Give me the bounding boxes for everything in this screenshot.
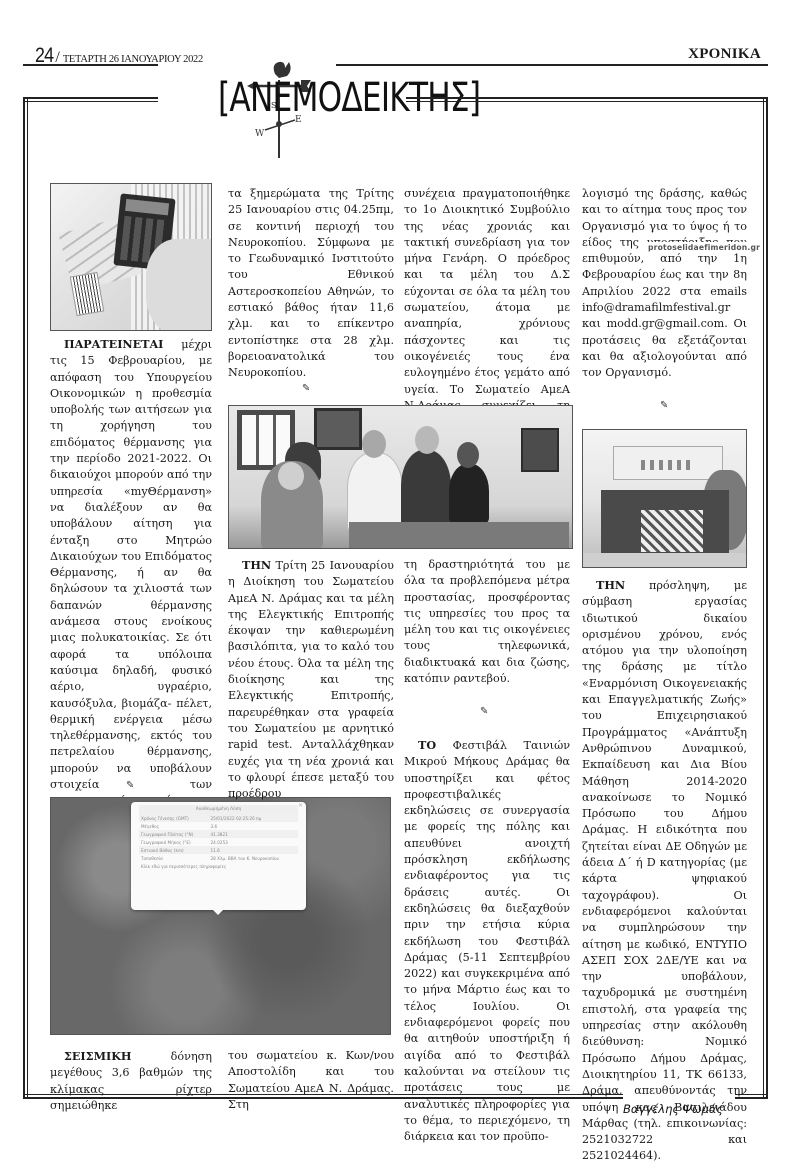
- column-title: [ΑΝΕΜΟΔΕΙΚΤΗΣ]: [218, 75, 480, 121]
- watermark: protoselidaefimeridon.gr: [645, 242, 763, 253]
- article-body: Τρίτη 25 Ιανουαρίου η Διοίκηση του Σωματ…: [228, 559, 394, 800]
- popup-footer-link: Κλίκ εδώ για περισσότερες πληροφορίες: [139, 864, 298, 869]
- popup-title: Αναθεωρημένη Λύση: [139, 805, 298, 814]
- amea-group-photo: [228, 405, 573, 549]
- separator-icon: ✎: [126, 780, 134, 791]
- article-hiring: ΤΗΝ πρόσληψη, με σύμβαση εργασίας ιδιωτι…: [582, 577, 747, 1165]
- article-lead: ΠΑΡΑΤΕΙΝΕΤΑΙ: [64, 337, 163, 351]
- article-amea-cont3: τη δραστηριότητά του με όλα τα προβλεπόμ…: [404, 557, 570, 687]
- article-earthquake-cont: τα ξημερώματα της Τρίτης 25 Ιανουαρίου σ…: [228, 186, 394, 382]
- article-body: Φεστιβάλ Ταινιών Μικρού Μήκους Δράμας θα…: [404, 739, 570, 1143]
- article-body: μέχρι τις 15 Φεβρουαρίου, με απόφαση του…: [50, 338, 212, 807]
- svg-text:W: W: [255, 129, 265, 139]
- article-lead: ΤΟ: [418, 738, 436, 752]
- heating-photo: [50, 183, 212, 331]
- article-festival: ΤΟ Φεστιβάλ Ταινιών Μικρού Μήκους Δράμας…: [404, 737, 570, 1145]
- article-amea: ΤΗΝ Τρίτη 25 Ιανουαρίου η Διοίκηση του Σ…: [228, 557, 394, 802]
- earthquake-map-screenshot: × Αναθεωρημένη Λύση Χρόνος Γένεσης (GMT)…: [50, 797, 391, 1035]
- popup-table: Χρόνος Γένεσης (GMT)25/01/2022 02:25:26 …: [139, 814, 298, 862]
- building-photo: [582, 429, 747, 568]
- close-icon: ×: [298, 802, 303, 809]
- separator-icon: ✎: [302, 383, 310, 394]
- article-lead: ΣΕΙΣΜΙΚΗ: [64, 1049, 132, 1063]
- article-heating: ΠΑΡΑΤΕΙΝΕΤΑΙ μέχρι τις 15 Φεβρουαρίου, μ…: [50, 336, 212, 810]
- separator-icon: ✎: [660, 400, 668, 411]
- article-amea-cont1: του σωματείου κ. Κων/νου Αποστολίδη και …: [228, 1048, 394, 1113]
- section-name: ΧΡΟΝΙΚΑ: [688, 46, 761, 63]
- header-rule-left: [23, 64, 158, 66]
- article-lead: ΤΗΝ: [596, 578, 625, 592]
- header-rule-right: [336, 64, 768, 66]
- article-earthquake-start: ΣΕΙΣΜΙΚΗ δόνηση μεγέθους 3,6 βαθμών της …: [50, 1048, 212, 1114]
- separator-icon: ✎: [480, 706, 488, 717]
- article-festival-cont: λογισμό της δράσης, καθώς και το αίτημα …: [582, 186, 747, 382]
- article-amea-cont2: συνέχεια πραγματοποιήθηκε το 1ο Διοικητι…: [404, 186, 570, 430]
- article-body: πρόσληψη, με σύμβαση εργασίας ιδιωτικού …: [582, 579, 747, 1162]
- article-lead: ΤΗΝ: [242, 558, 271, 572]
- earthquake-info-popup: × Αναθεωρημένη Λύση Χρόνος Γένεσης (GMT)…: [131, 802, 306, 910]
